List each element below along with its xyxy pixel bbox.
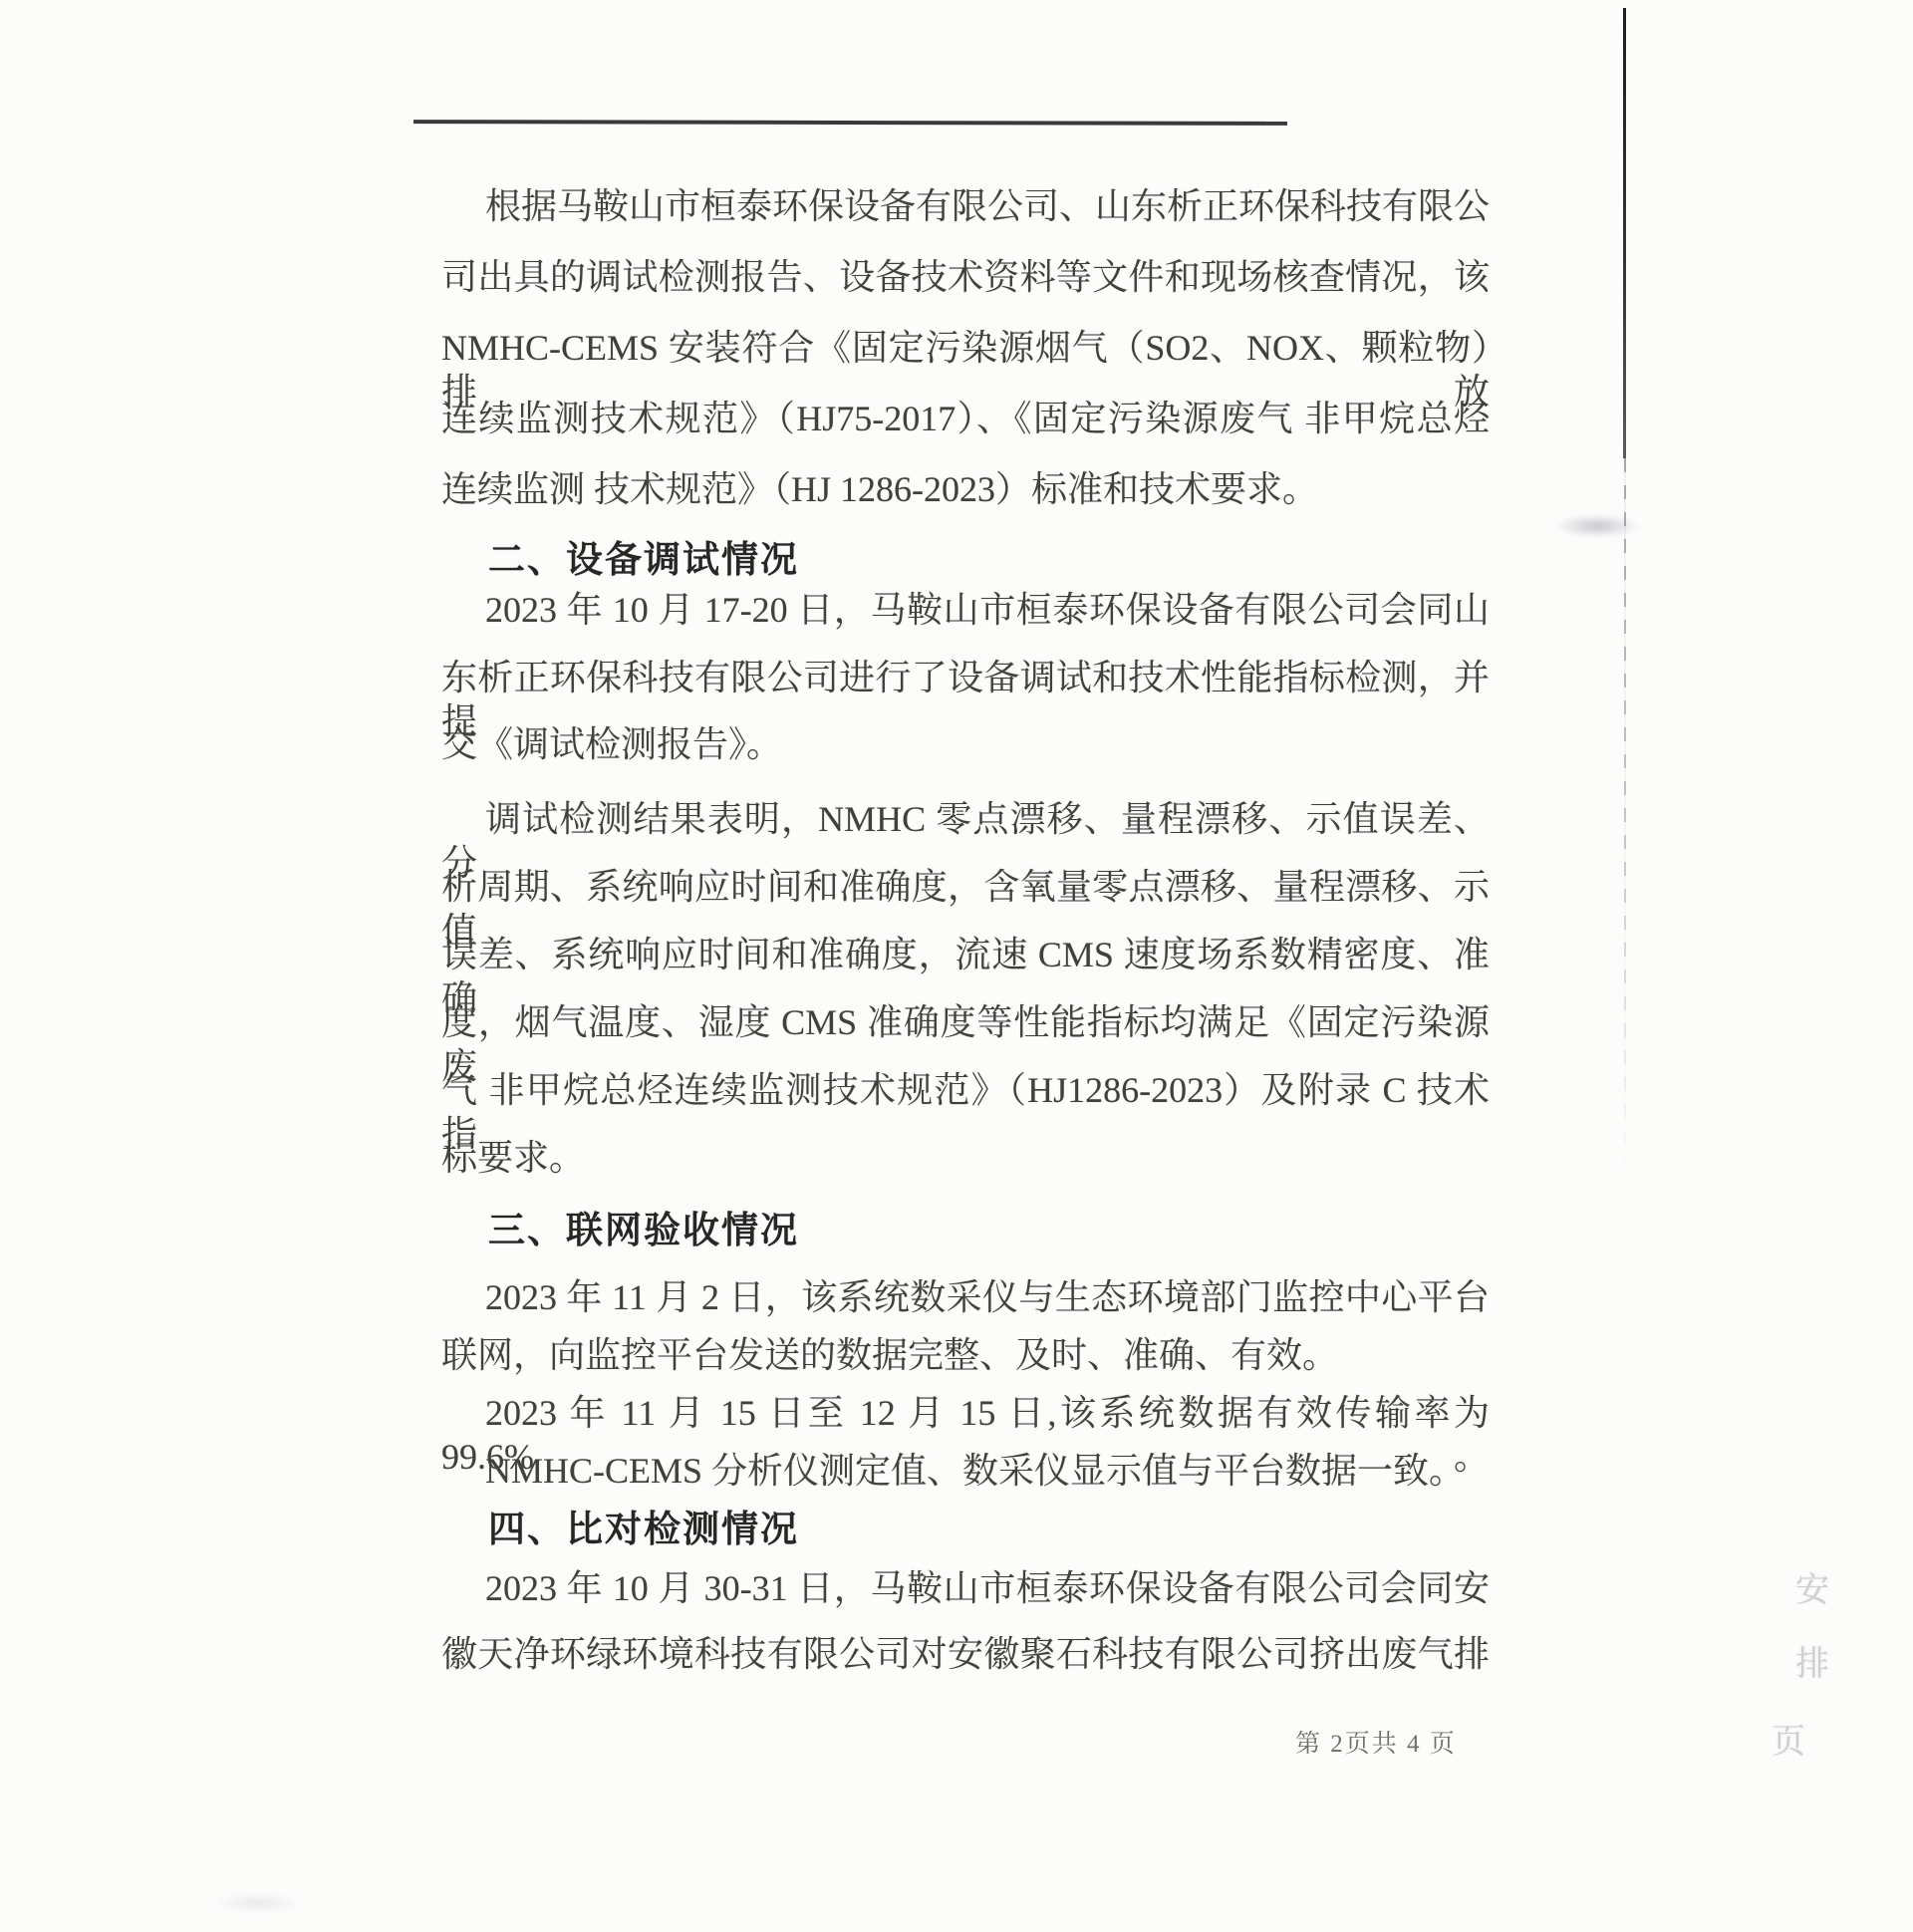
body-line: 连续监测 技术规范》（HJ 1286-2023）标准和技术要求。: [441, 467, 1490, 511]
body-line: 2023 年 10 月 17-20 日，马鞍山市桓泰环保设备有限公司会同山: [441, 588, 1490, 632]
scan-artifact-line-faint: [1624, 458, 1626, 1176]
body-line: NMHC-CEMS 分析仪测定值、数采仪显示值与平台数据一致。: [441, 1449, 1490, 1493]
scan-smudge-bottom: [213, 1893, 303, 1913]
body-line: 交《调试检测报告》。: [441, 722, 1490, 766]
document-page: 根据马鞍山市桓泰环保设备有限公司、山东析正环保科技有限公 司出具的调试检测报告、…: [0, 0, 1913, 1932]
body-line: 根据马鞍山市桓泰环保设备有限公司、山东析正环保科技有限公: [441, 184, 1490, 228]
scan-artifact-line-dark: [1623, 8, 1626, 458]
body-line: 徽天净环绿环境科技有限公司对安徽聚石科技有限公司挤出废气排: [441, 1632, 1490, 1676]
section-heading-3: 三、联网验收情况: [441, 1209, 1490, 1252]
header-rule: [413, 120, 1287, 126]
body-line: 司出具的调试检测报告、设备技术资料等文件和现场核查情况，该: [441, 255, 1490, 299]
body-line: 标要求。: [441, 1136, 1490, 1180]
scan-smudge: [1554, 514, 1640, 538]
ghost-char: 安: [1795, 1562, 1829, 1611]
ghost-char: 页: [1772, 1714, 1805, 1763]
body-line: 联网，向监控平台发送的数据完整、及时、准确、有效。: [441, 1333, 1490, 1377]
page-number: 第 2页共 4 页: [1295, 1724, 1457, 1760]
section-heading-2: 二、设备调试情况: [441, 538, 1490, 582]
body-line: 2023 年 10 月 30-31 日，马鞍山市桓泰环保设备有限公司会同安: [441, 1566, 1490, 1610]
section-heading-4: 四、比对检测情况: [441, 1508, 1490, 1551]
ghost-char: 排: [1795, 1636, 1829, 1685]
body-line: 2023 年 11 月 2 日，该系统数采仪与生态环境部门监控中心平台: [441, 1275, 1490, 1319]
body-line: 连续监测技术规范》（HJ75-2017）、《固定污染源废气 非甲烷总烃: [441, 397, 1490, 440]
